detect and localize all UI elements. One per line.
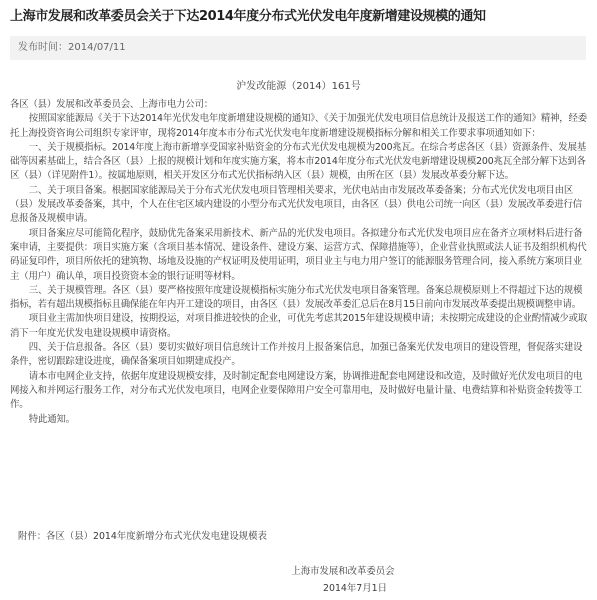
publish-info-bar: 发布时间：2014/07/11 <box>10 36 586 60</box>
publish-label: 发布时间： <box>18 42 68 53</box>
paragraph-info-reporting: 四、关于信息报备。各区（县）要切实做好项目信息统计工作并按月上报备案信息，加强已… <box>10 341 588 370</box>
page-title: 上海市发展和改革委员会关于下达2014年度分布式光伏发电年度新增建设规模的通知 <box>10 8 590 26</box>
paragraph-grid-support: 请本市电网企业支持，依据年度建设规模安排，及时制定配套电网建设方案，协调推进配套… <box>10 370 588 413</box>
article-body: 各区（县）发展和改革委员会、上海市电力公司： 按照国家能源局《关于下达2014年… <box>10 98 588 427</box>
paragraph-scale-indicator: 一、关于规模指标。2014年度上海市新增享受国家补贴资金的分布式光伏发电规模为2… <box>10 141 588 184</box>
publish-date: 2014/07/11 <box>68 42 126 53</box>
signature-date: 2014年7月1日 <box>288 580 398 597</box>
paragraph-project-filing: 二、关于项目备案。根据国家能源局关于分布式光伏发电项目管理相关要求，光伏电站由市… <box>10 184 588 227</box>
paragraph-construction-progress: 项目业主需加快项目建设，按期投运，对项目推进较快的企业，可优先考虑其2015年建… <box>10 312 588 341</box>
signature-block: 上海市发展和改革委员会 2014年7月1日 <box>288 563 398 597</box>
paragraph-intro: 按照国家能源局《关于下达2014年光伏发电年度新增建设规模的通知》、《关于加强光… <box>10 112 588 141</box>
paragraph-filing-procedure: 项目备案应尽可能简化程序，鼓励优先备案采用新技术、新产品的光伏发电项目。各拟建分… <box>10 227 588 284</box>
paragraph-closing: 特此通知。 <box>10 413 588 427</box>
signature-org: 上海市发展和改革委员会 <box>288 563 398 580</box>
attachment-note: 附件：各区（县）2014年度新增分布式光伏发电建设规模表 <box>18 528 267 542</box>
salutation: 各区（县）发展和改革委员会、上海市电力公司： <box>10 98 588 112</box>
paragraph-scale-management: 三、关于规模管理。各区（县）要严格按照年度建设规模指标实施分布式光伏发电项目备案… <box>10 284 588 313</box>
document-number: 沪发改能源（2014）161号 <box>0 80 597 94</box>
